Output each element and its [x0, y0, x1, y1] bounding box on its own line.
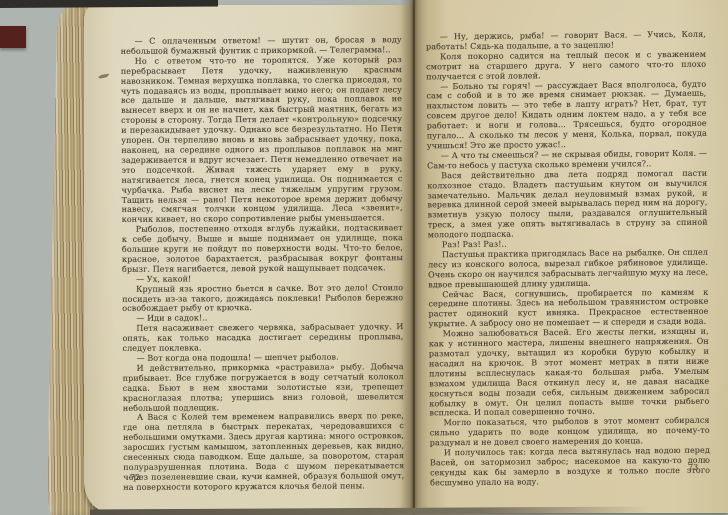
- paragraph: — Ну, держись, рыба! — говорит Вася. — У…: [426, 30, 706, 52]
- paragraph: Крупный язь яростно бьется в сачке. Вот …: [122, 283, 403, 314]
- paragraph: Коля покорно садится на теплый песок и с…: [426, 49, 706, 81]
- page-number-left: 72: [130, 473, 140, 482]
- book-spread-photo: — С оплаченным ответом! — шутит он, брос…: [0, 0, 728, 515]
- paragraph: А Вася с Колей тем временем направились …: [123, 412, 404, 493]
- paragraph: Можно залюбоваться Васей. Его жесты легк…: [429, 327, 710, 419]
- paragraph: Но с ответом что-то не торопятся. Уже ко…: [121, 55, 403, 225]
- paragraph: — А что ты смеешься? — не скрывая обиды,…: [427, 149, 707, 171]
- page-number-right: 73: [688, 463, 698, 472]
- paragraph: Вася действительно два лета подряд помог…: [427, 168, 708, 240]
- paragraph: Рыболов, постепенно отходя вглубь лужайк…: [122, 223, 403, 274]
- paragraph: И получилось так: когда леса вытянулась …: [430, 446, 710, 488]
- paragraph: Петя насаживает свежего червяка, забрасы…: [122, 322, 403, 353]
- gutter-fold-line: [413, 0, 415, 515]
- right-page-text: — Ну, держись, рыба! — говорит Вася. — У…: [426, 30, 710, 488]
- left-page-text: — С оплаченным ответом! — шутит он, брос…: [121, 35, 405, 492]
- paragraph: Пастушья практика пригодилась Васе на ры…: [428, 248, 708, 290]
- paragraph: Сейчас Вася, согнувшись, пробирается по …: [428, 287, 708, 329]
- paragraph: Могло показаться, что рыболов в этот мом…: [430, 416, 710, 448]
- cover-corner: [0, 26, 26, 48]
- paragraph: И действительно, прикормка «растравила» …: [123, 362, 404, 413]
- paragraph: — Больно ты горяч! — рассуждает Вася впо…: [426, 79, 707, 151]
- paragraph: — С оплаченным ответом! — шутит он, брос…: [121, 35, 402, 57]
